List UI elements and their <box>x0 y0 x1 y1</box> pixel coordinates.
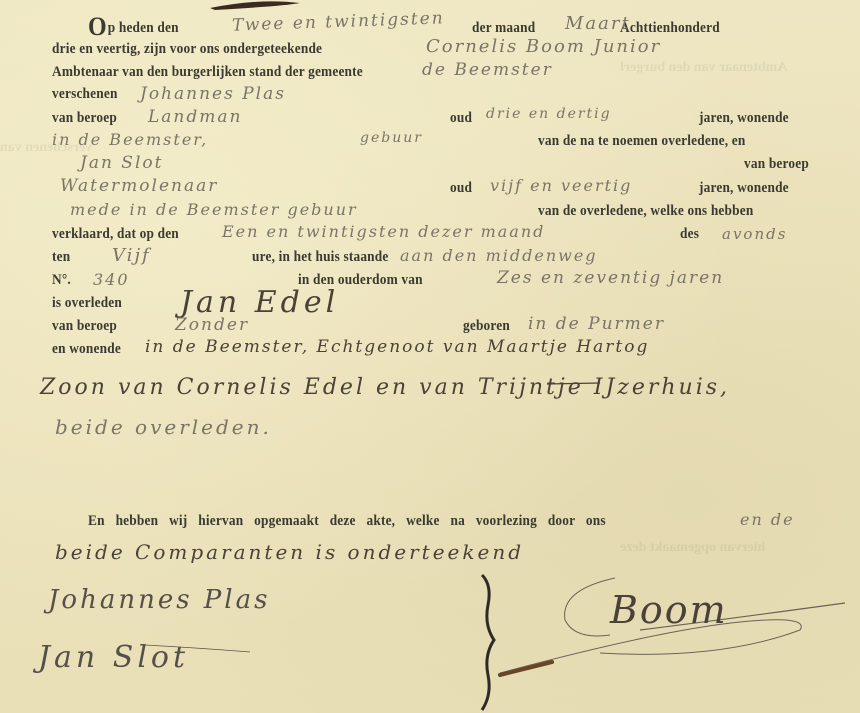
printed-line-5a: van beroep <box>52 110 117 127</box>
hw-declarant1-name: Johannes Plas <box>140 84 286 104</box>
printed-line-8b: jaren, wonende <box>699 180 789 197</box>
printed-line-5c: jaren, wonende <box>699 110 789 127</box>
hw-parents-line: Zoon van Cornelis Edel en van Trijntje I… <box>40 375 730 400</box>
hw-hour: Vijf <box>112 245 151 266</box>
hw-closing-continuation-2: beide Comparanten is onderteekend <box>55 540 524 564</box>
hw-month: Maart <box>565 13 631 34</box>
printed-line-2: drie en veertig, zijn voor ons ondergete… <box>52 41 322 58</box>
printed-text: p heden den <box>108 20 179 36</box>
hw-deceased-birthplace: in de Purmer <box>528 314 665 334</box>
hw-closing-continuation-1: en de <box>740 510 795 529</box>
printed-line-4: verschenen <box>52 86 118 103</box>
printed-line-3: Ambtenaar van den burgerlijken stand der… <box>52 64 363 81</box>
hw-declarant1-relation: gebuur <box>360 130 423 146</box>
printed-line-1b: der maand <box>472 20 535 37</box>
printed-line-14a: van beroep <box>52 318 117 335</box>
hw-declarant1-residence: in de Beemster, <box>52 130 208 149</box>
hw-declarant1-occupation: Landman <box>148 107 242 127</box>
hw-deceased-occupation: Zonder <box>175 315 249 335</box>
signature-official: Boom <box>610 588 728 632</box>
printed-line-1c: Achttienhonderd <box>620 20 720 37</box>
hw-municipality: de Beemster <box>422 60 553 80</box>
printed-line-5b: oud <box>450 110 472 127</box>
hw-house-number: 340 <box>93 270 130 289</box>
printed-line-7: van beroep <box>744 156 809 173</box>
printed-line-11b: ure, in het huis staande <box>252 249 388 266</box>
printed-closing: En hebben wij hiervan opgemaakt deze akt… <box>88 513 606 530</box>
printed-line-1a: Op heden den <box>88 12 179 42</box>
hw-declarant2-occupation: Watermolenaar <box>60 176 218 196</box>
hw-death-date: Een en twintigsten dezer maand <box>222 222 545 241</box>
hw-declarant2-residence: mede in de Beemster gebuur <box>70 200 358 219</box>
printed-line-8a: oud <box>450 180 472 197</box>
hw-declarant1-age: drie en dertig <box>486 106 612 122</box>
printed-line-13: is overleden <box>52 295 122 312</box>
signature-declarant1: Johannes Plas <box>48 585 270 615</box>
printed-line-10a: verklaard, dat op den <box>52 226 179 243</box>
printed-line-12a: N°. <box>52 272 71 289</box>
hw-deceased-residence: in de Beemster, Echtgenoot van Maartje H… <box>145 337 649 357</box>
hw-parents-status: beide overleden. <box>55 415 272 439</box>
initial-capital: O <box>88 12 107 41</box>
hw-deceased-age: Zes en zeventig jaren <box>497 268 724 288</box>
printed-line-9: van de overledene, welke ons hebben <box>538 203 753 220</box>
hw-declarant2-name: Jan Slot <box>80 153 163 173</box>
hw-time-of-day: avonds <box>722 225 787 243</box>
printed-line-11a: ten <box>52 249 70 266</box>
printed-line-15: en wonende <box>52 341 121 358</box>
hw-official: Cornelis Boom Junior <box>426 36 661 57</box>
printed-line-14b: geboren <box>463 318 510 335</box>
hw-house-location: aan den middenweg <box>400 246 598 265</box>
printed-line-6: van de na te noemen overledene, en <box>538 133 745 150</box>
printed-line-10b: des <box>680 226 699 243</box>
signature-declarant2: Jan Slot <box>38 640 189 675</box>
hw-declarant2-age: vijf en veertig <box>490 176 632 195</box>
